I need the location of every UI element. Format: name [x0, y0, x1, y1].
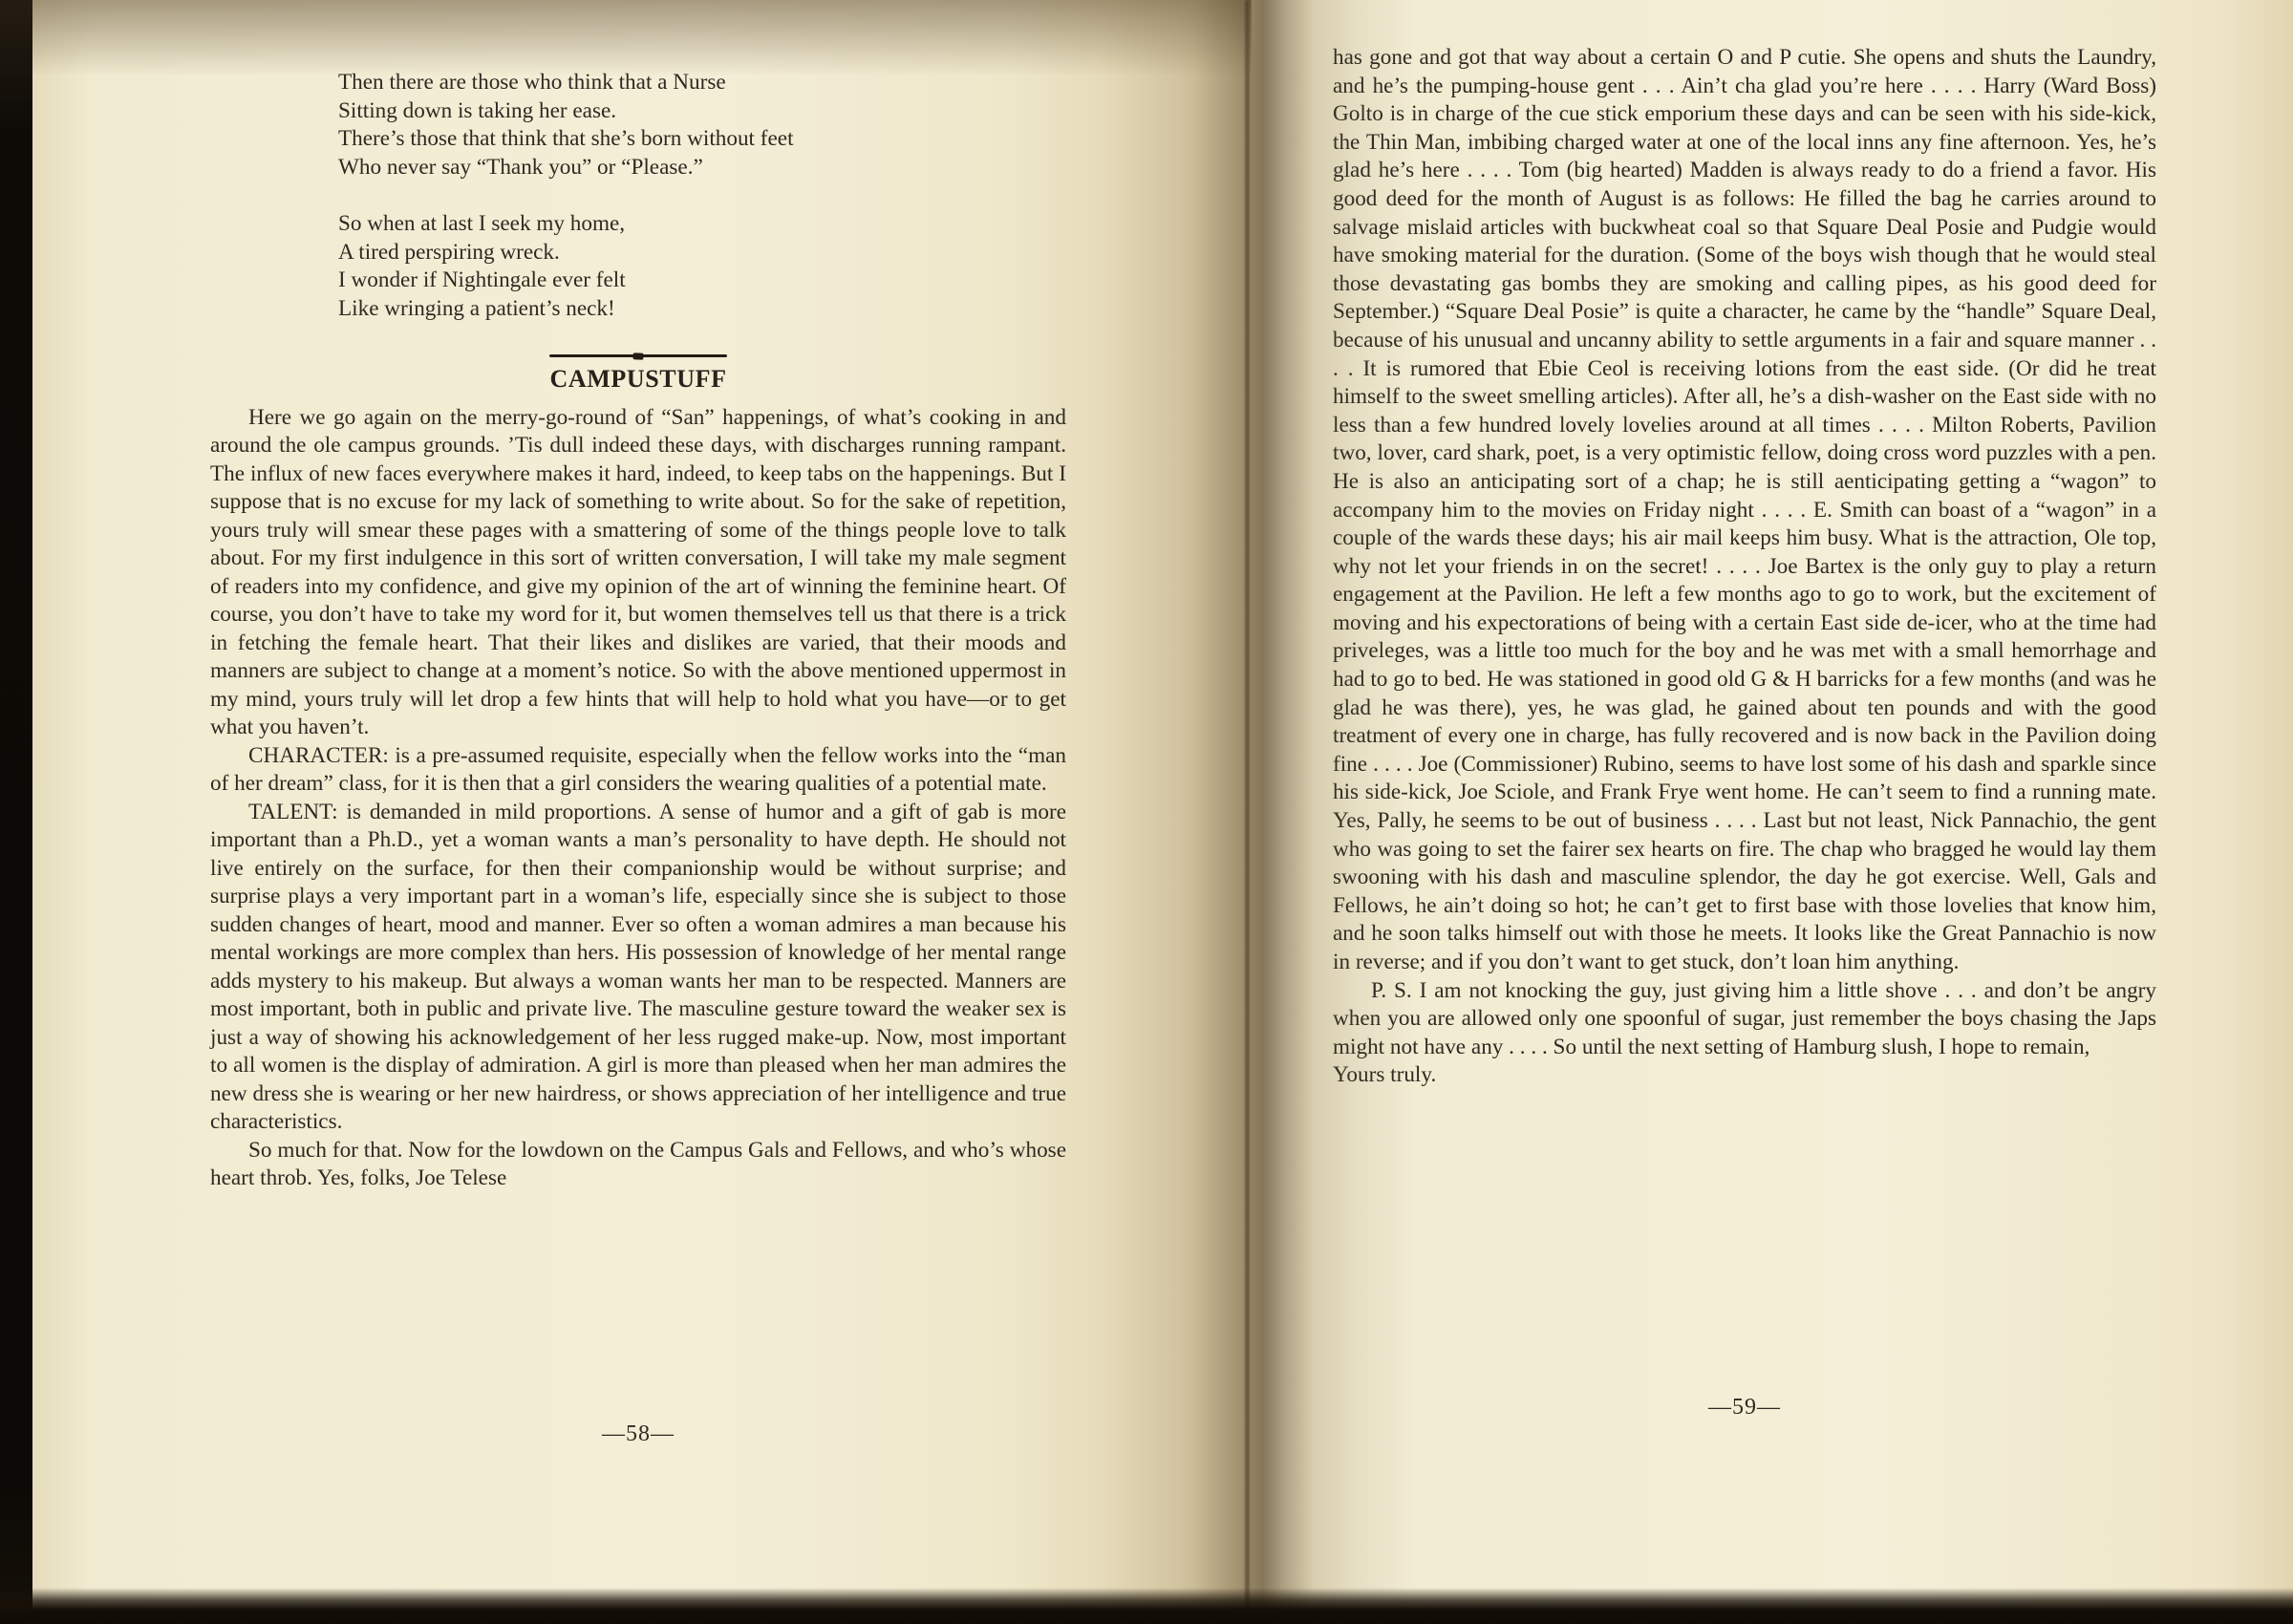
body-paragraph-talent: TALENT: is demanded in mild proportions.… [210, 799, 1066, 1137]
body-paragraph-character: CHARACTER: is a pre-assumed requisite, e… [210, 742, 1066, 799]
poem-line: I wonder if Nightingale ever felt [338, 267, 1066, 295]
page-number-right: —59— [1333, 1395, 2156, 1421]
body-paragraph: So much for that. Now for the lowdown on… [210, 1137, 1066, 1193]
poem-line: Like wringing a patient’s neck! [338, 295, 1066, 324]
right-text-column: has gone and got that way about a certai… [1333, 44, 2156, 1090]
body-paragraph-postscript: P. S. I am not knocking the guy, just gi… [1333, 977, 2156, 1062]
signature-line: Yours truly. [1333, 1061, 2156, 1090]
book-left-edge-shadow [0, 0, 32, 1624]
body-paragraph: has gone and got that way about a certai… [1333, 44, 2156, 977]
left-text-column: Then there are those who think that a Nu… [210, 0, 1066, 1193]
left-page: Then there are those who think that a Nu… [32, 0, 1252, 1624]
right-page: has gone and got that way about a certai… [1252, 0, 2293, 1624]
poem-line: So when at last I seek my home, [338, 210, 1066, 239]
poem-stanza-1: Then there are those who think that a Nu… [338, 69, 1066, 182]
page-number-left: —58— [210, 1421, 1066, 1447]
section-divider [549, 354, 727, 357]
poem-line: Then there are those who think that a Nu… [338, 69, 1066, 97]
poem-line: There’s those that think that she’s born… [338, 125, 1066, 154]
poem-line: Sitting down is taking her ease. [338, 97, 1066, 126]
poem: Then there are those who think that a Nu… [338, 69, 1066, 323]
poem-stanza-2: So when at last I seek my home, A tired … [338, 210, 1066, 323]
poem-line: Who never say “Thank you” or “Please.” [338, 154, 1066, 182]
book-spread-scan: Then there are those who think that a Nu… [0, 0, 2293, 1624]
divider-ornament-icon [632, 353, 643, 359]
poem-line: A tired perspiring wreck. [338, 239, 1066, 267]
section-heading: CAMPUSTUFF [210, 365, 1066, 394]
body-paragraph: Here we go again on the merry-go-round o… [210, 404, 1066, 742]
